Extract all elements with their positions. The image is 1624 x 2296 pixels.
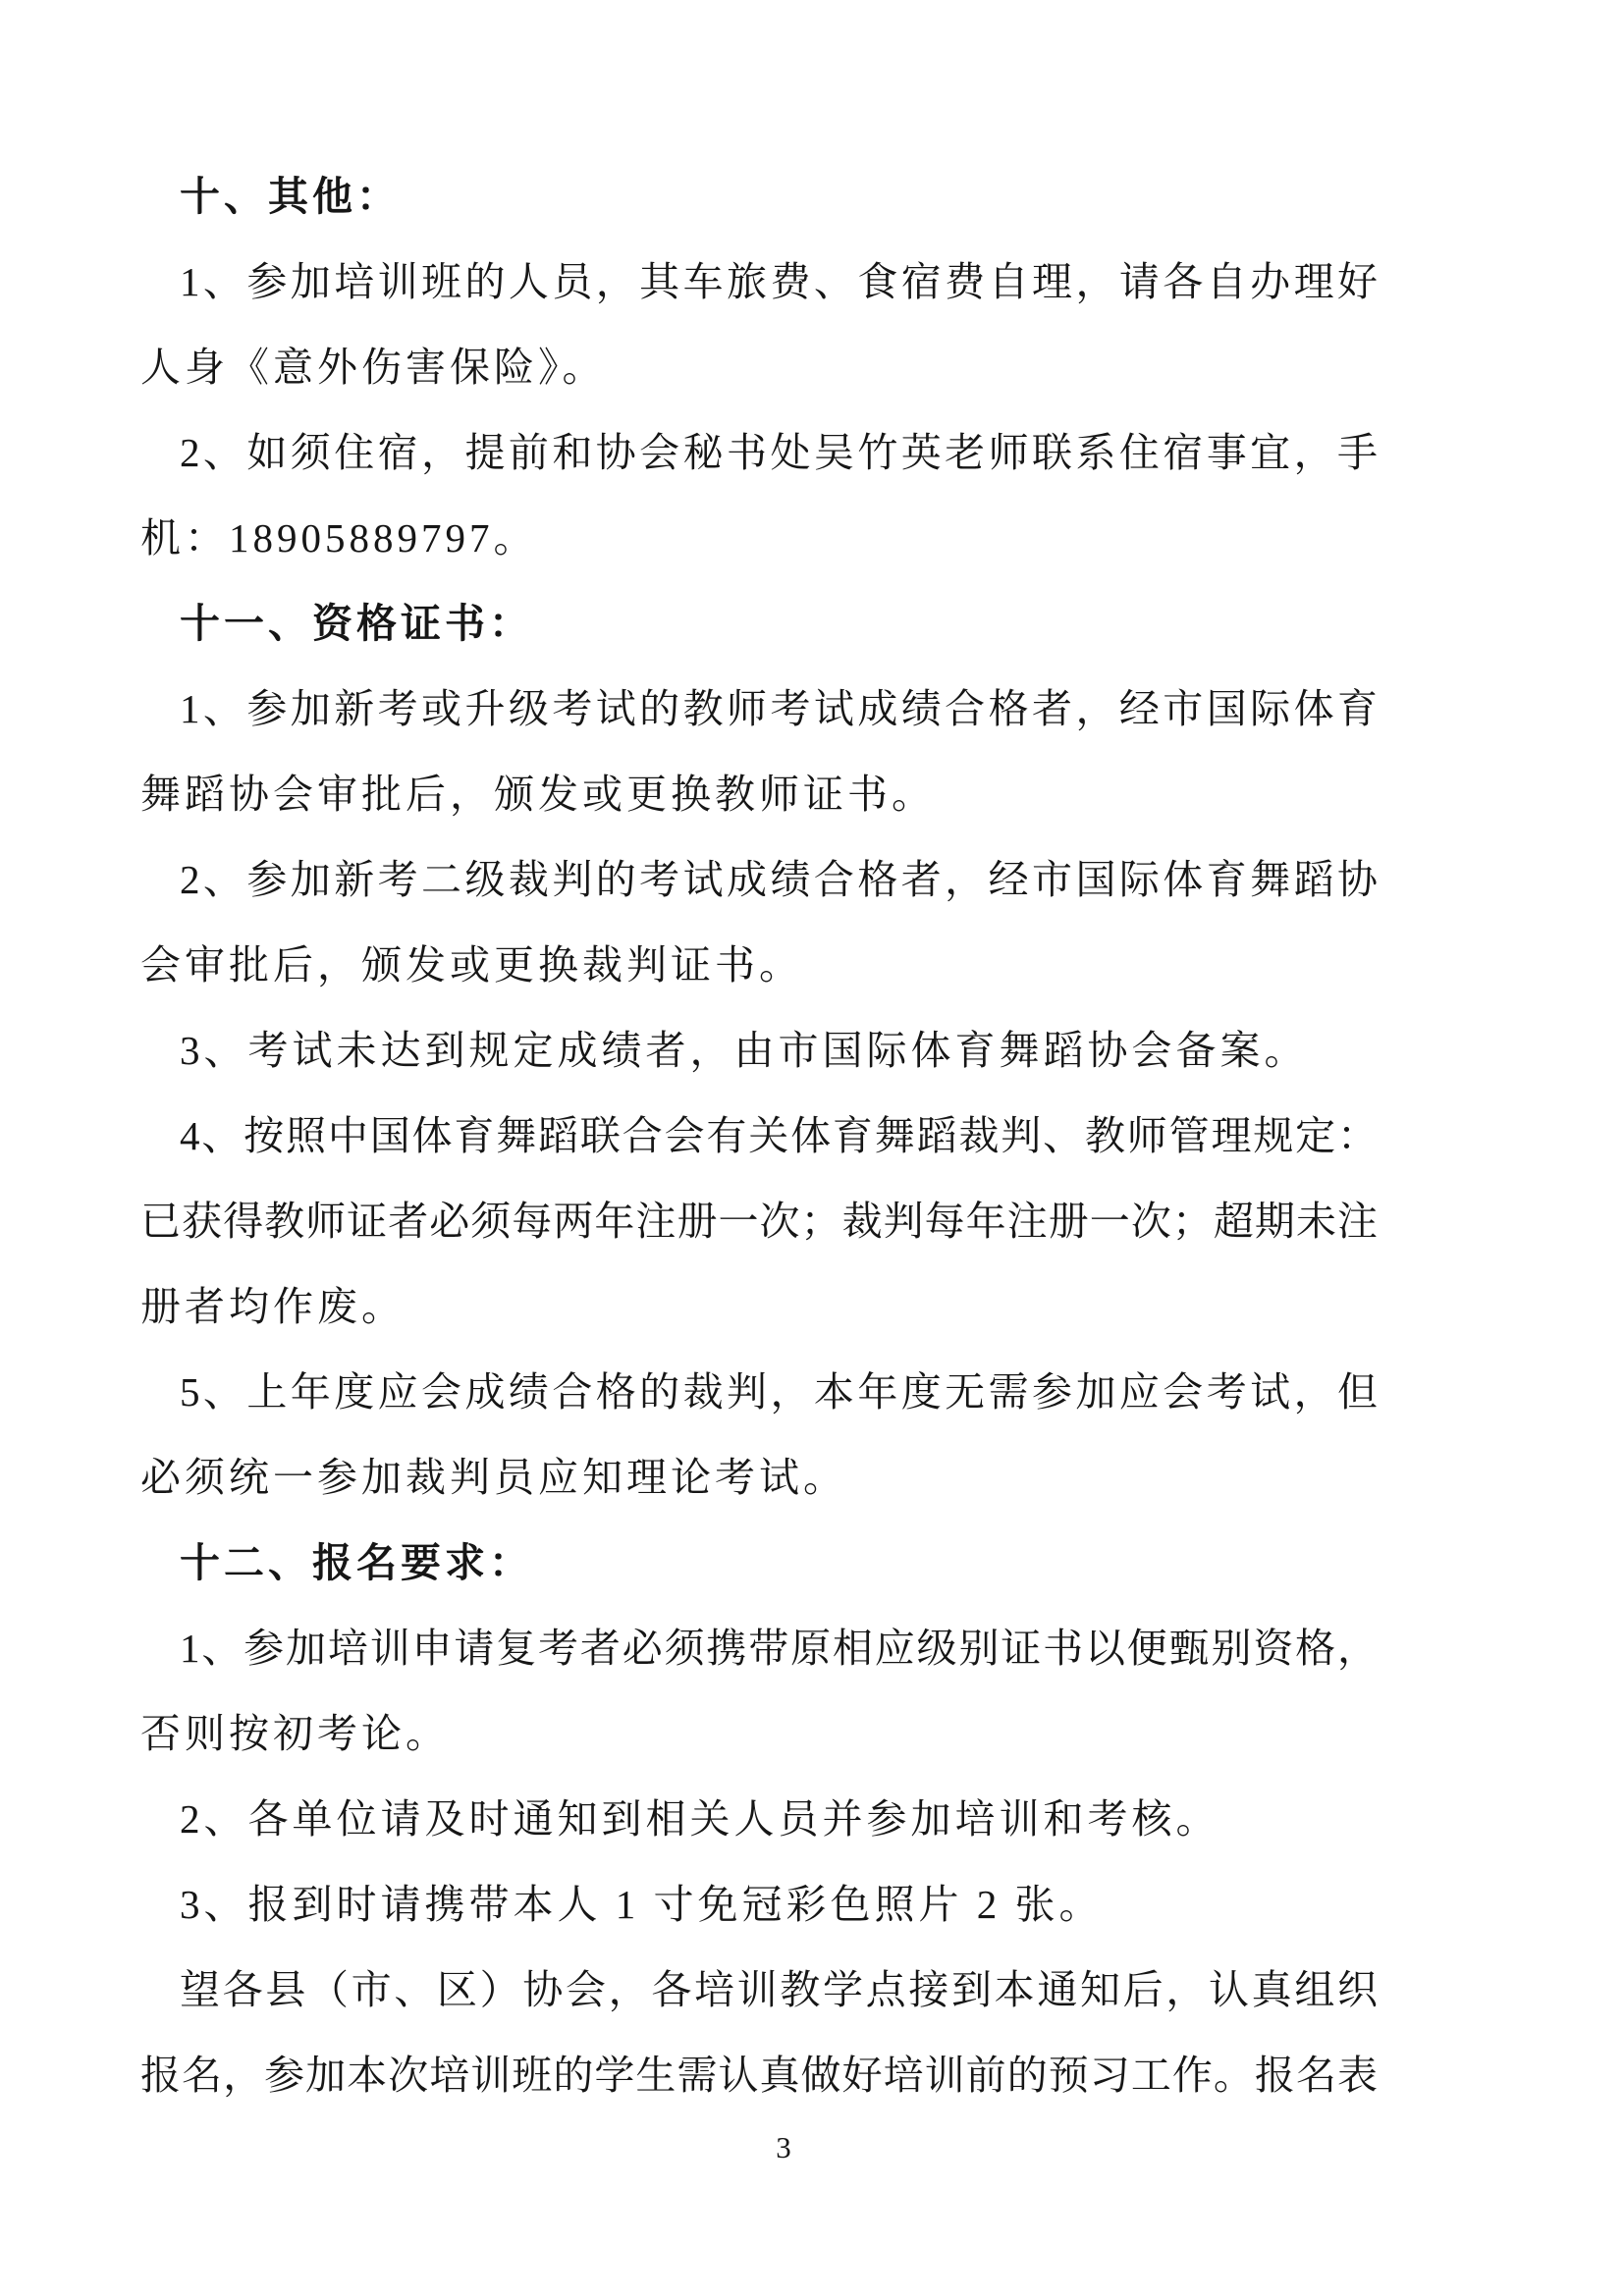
document-text-block: 十、其他：1、参加培训班的人员，其车旅费、食宿费自理，请各自办理好人身《意外伤害… xyxy=(140,154,1378,2118)
text-line: 1、参加培训班的人员，其车旅费、食宿费自理，请各自办理好 xyxy=(140,240,1378,325)
text-line: 册者均作废。 xyxy=(140,1264,1378,1350)
document-page: 十、其他：1、参加培训班的人员，其车旅费、食宿费自理，请各自办理好人身《意外伤害… xyxy=(0,0,1624,2296)
text-line: 2、各单位请及时通知到相关人员并参加培训和考核。 xyxy=(140,1777,1378,1862)
text-line: 5、上年度应会成绩合格的裁判，本年度无需参加应会考试，但 xyxy=(140,1350,1378,1435)
text-line: 会审批后，颁发或更换裁判证书。 xyxy=(140,923,1378,1008)
text-line: 望各县（市、区）协会，各培训教学点接到本通知后，认真组织 xyxy=(140,1948,1378,2033)
section-heading: 十、其他： xyxy=(140,154,1378,240)
text-line: 1、参加新考或升级考试的教师考试成绩合格者，经市国际体育 xyxy=(140,667,1378,752)
text-line: 3、报到时请携带本人 1 寸免冠彩色照片 2 张。 xyxy=(140,1862,1378,1948)
text-line: 舞蹈协会审批后，颁发或更换教师证书。 xyxy=(140,752,1378,837)
text-line: 人身《意外伤害保险》。 xyxy=(140,325,1378,410)
text-line: 机：18905889797。 xyxy=(140,496,1378,581)
text-line: 已获得教师证者必须每两年注册一次；裁判每年注册一次；超期未注 xyxy=(140,1179,1378,1264)
text-line: 2、参加新考二级裁判的考试成绩合格者，经市国际体育舞蹈协 xyxy=(140,837,1378,923)
text-line: 必须统一参加裁判员应知理论考试。 xyxy=(140,1435,1378,1521)
text-line: 1、参加培训申请复考者必须携带原相应级别证书以便甄别资格， xyxy=(140,1606,1378,1691)
text-line: 4、按照中国体育舞蹈联合会有关体育舞蹈裁判、教师管理规定： xyxy=(140,1094,1378,1179)
text-line: 否则按初考论。 xyxy=(140,1691,1378,1777)
section-heading: 十一、资格证书： xyxy=(140,581,1378,667)
page-number: 3 xyxy=(165,2112,1402,2183)
text-line: 2、如须住宿，提前和协会秘书处吴竹英老师联系住宿事宜，手 xyxy=(140,410,1378,496)
text-line: 报名，参加本次培训班的学生需认真做好培训前的预习工作。报名表 xyxy=(140,2033,1378,2118)
text-line: 3、考试未达到规定成绩者，由市国际体育舞蹈协会备案。 xyxy=(140,1008,1378,1094)
section-heading: 十二、报名要求： xyxy=(140,1521,1378,1606)
